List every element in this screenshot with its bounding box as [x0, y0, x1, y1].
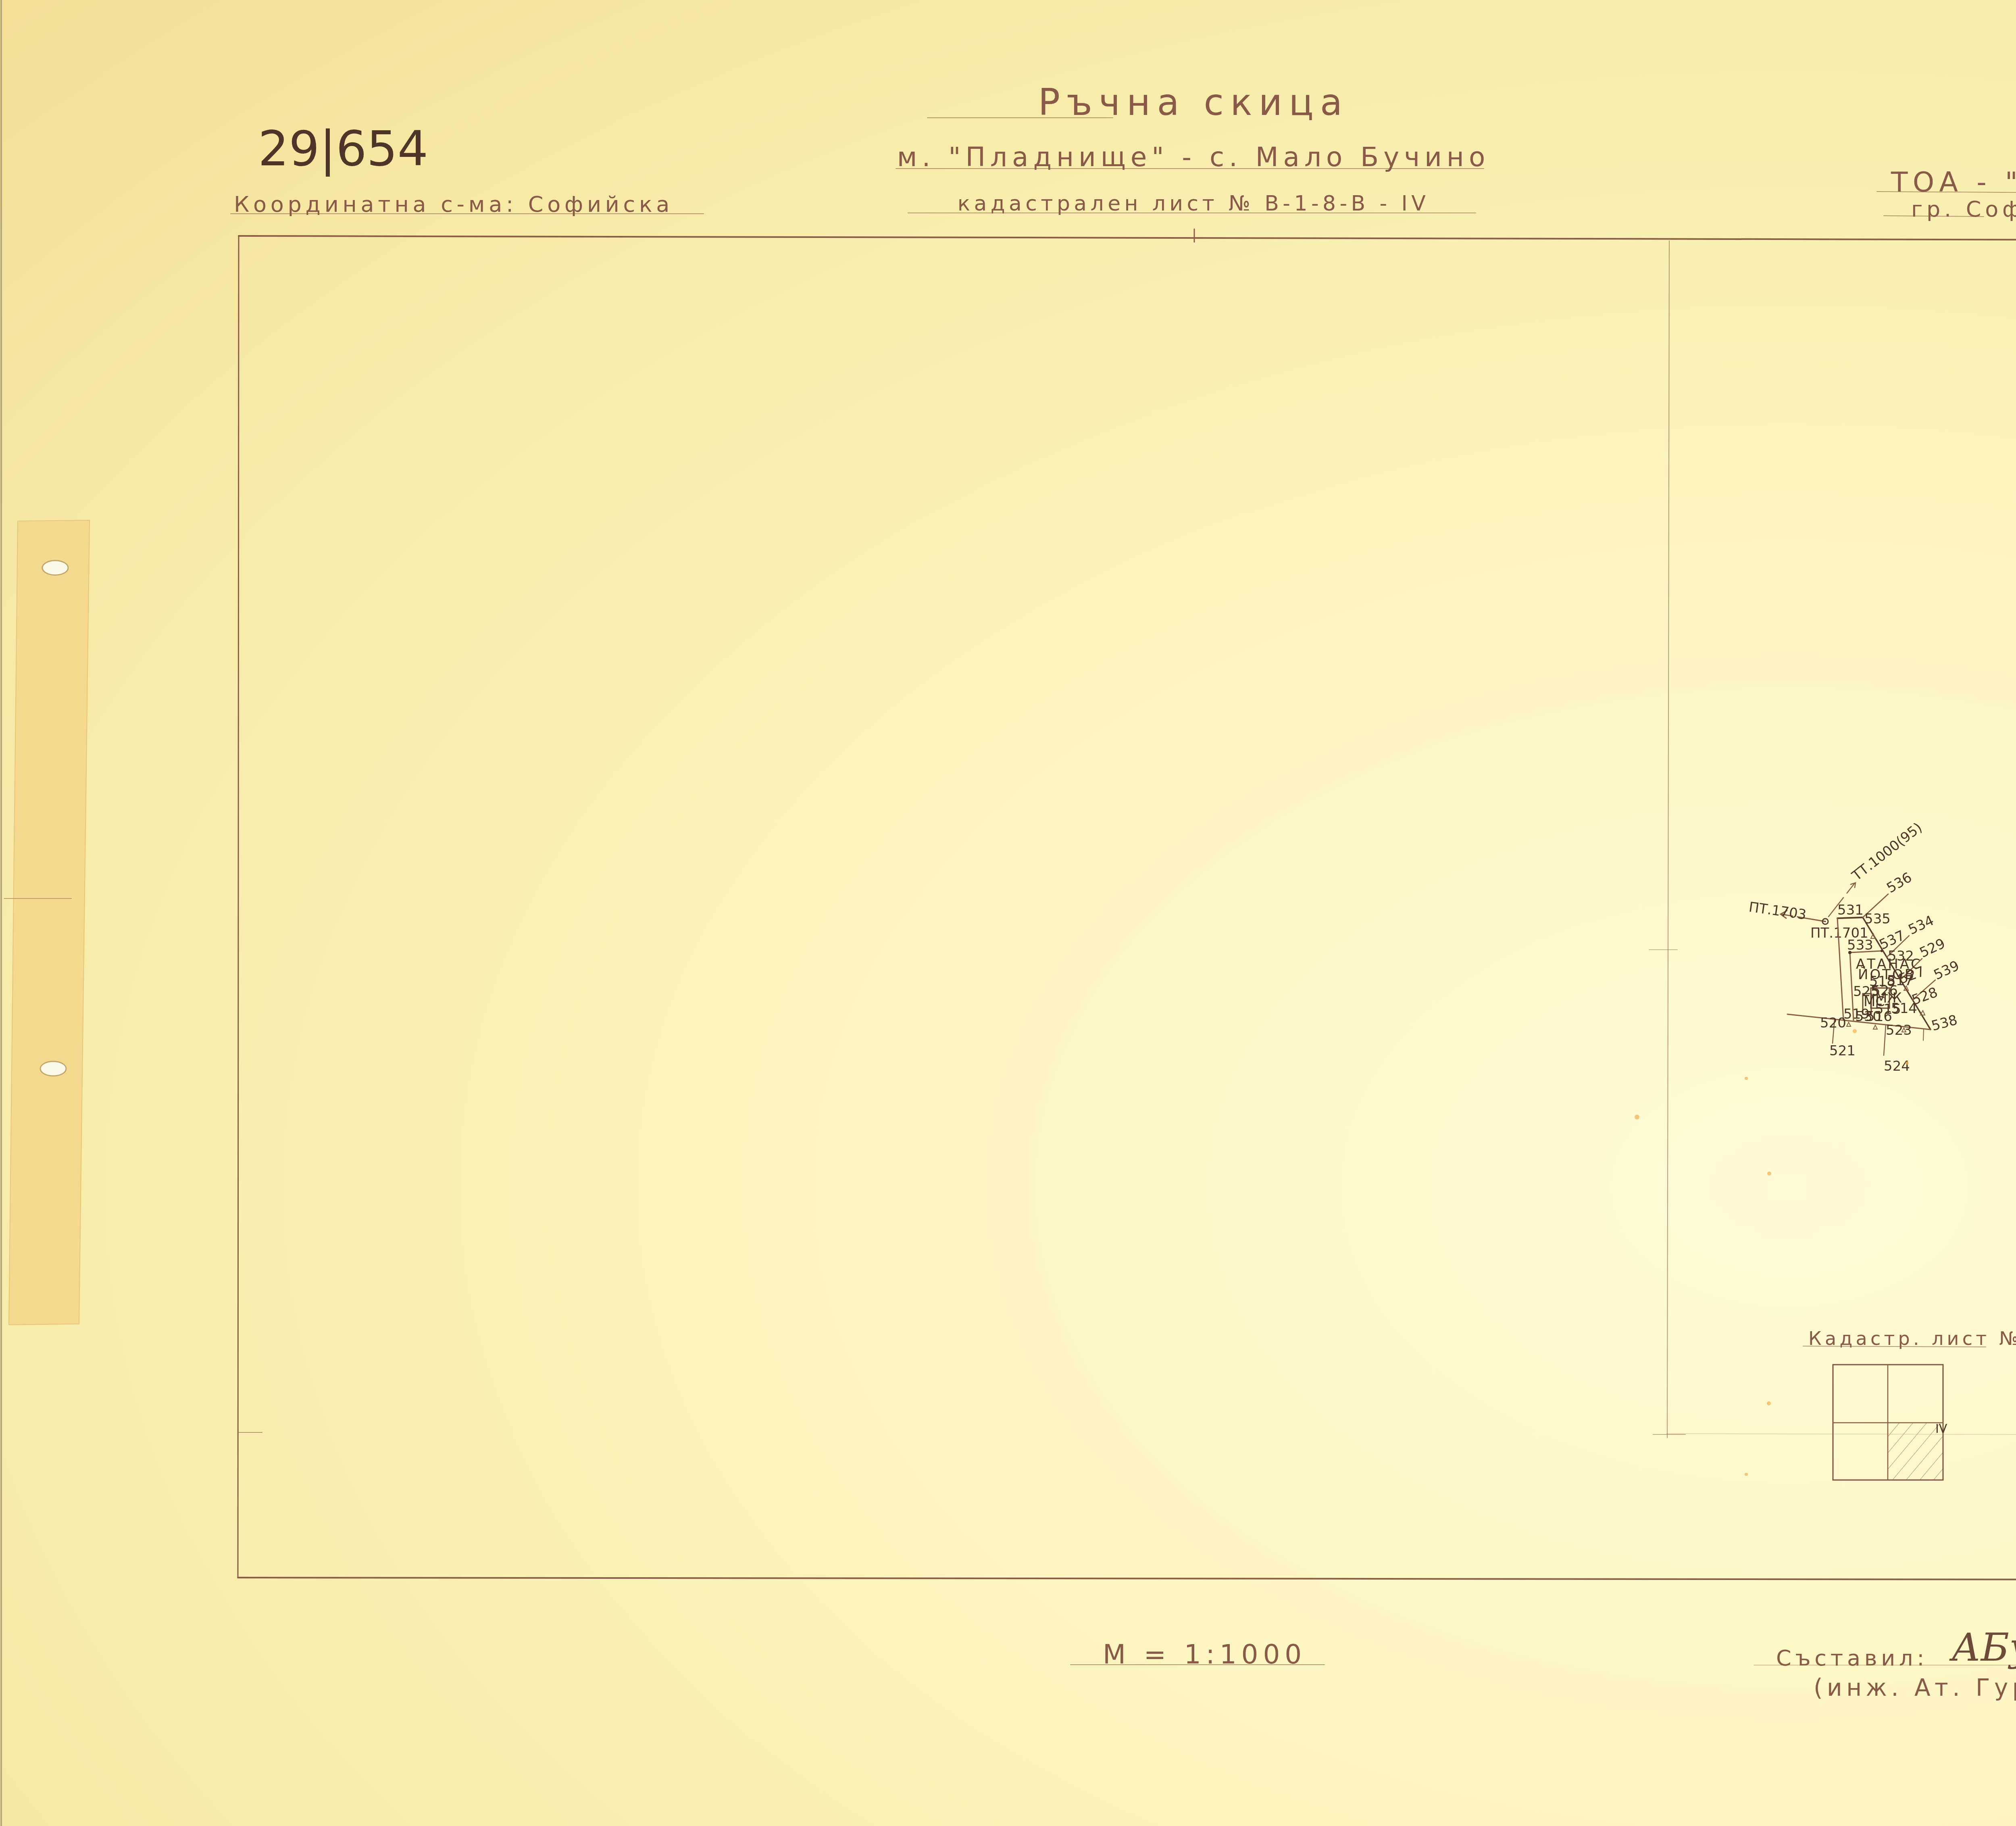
compiler-name: (инж. Ат. Гурев: [1814, 1674, 2016, 1701]
compiled-by-label: Съставил:: [1776, 1645, 1928, 1671]
point-label: 536: [1884, 869, 1915, 896]
parcel-sketch: ПТ.1703 ПТ.1701 ТТ.1000(95) МЖ МС АТАНАС…: [1748, 819, 1962, 1074]
coordinate-system: Координатна с-ма: Софийска: [234, 192, 673, 217]
archive-number: 29|654: [258, 121, 428, 177]
index-map: Кадастр. лист № В 1-8-В IV: [1803, 1328, 2016, 1480]
point-label: 520: [1820, 1015, 1846, 1031]
authority-city: гр. София: [1911, 196, 2016, 222]
point-label: 516: [1866, 1009, 1892, 1025]
point-label: 538: [1930, 1012, 1959, 1034]
ref-point-pt1703: ПТ.1703: [1748, 899, 1808, 923]
point-label: 526: [1872, 983, 1898, 999]
index-quadrant-iv: [1888, 1423, 1943, 1480]
point-label: 521: [1829, 1043, 1856, 1059]
scale-label: М = 1:1000: [1103, 1639, 1306, 1670]
locality-line: м. "Пладнище" - с. Мало Бучино: [897, 142, 1490, 173]
punch-hole-icon: [42, 561, 68, 575]
point-label: 532: [1888, 948, 1914, 964]
point-label: 524: [1884, 1058, 1910, 1074]
sheet-line: кадастрален лист № В-1-8-В - IV: [958, 192, 1429, 216]
point-label: 531: [1837, 902, 1864, 918]
signature: АБурнев: [1949, 1625, 2016, 1670]
punch-hole-icon: [40, 1061, 66, 1076]
quadrant-label: IV: [1935, 1422, 1947, 1436]
ref-point-tt1000: ТТ.1000(95): [1849, 819, 1925, 884]
paper-stains: [1635, 1029, 2016, 1613]
point-label: 523: [1886, 1022, 1912, 1038]
sheet-drawing: 29|654 Координатна с-ма: Софийска Ръчна …: [0, 0, 2016, 1826]
cadastral-sheet: 29|654 Координатна с-ма: Софийска Ръчна …: [0, 0, 2016, 1826]
point-label: 534: [1906, 912, 1937, 938]
point-label: 539: [1931, 957, 1962, 983]
point-label: 535: [1864, 911, 1891, 927]
binding-tape: [4, 520, 90, 1325]
authority-name: ТОА - "Овча купел": [1891, 167, 2016, 198]
point-label: 533: [1847, 937, 1873, 953]
